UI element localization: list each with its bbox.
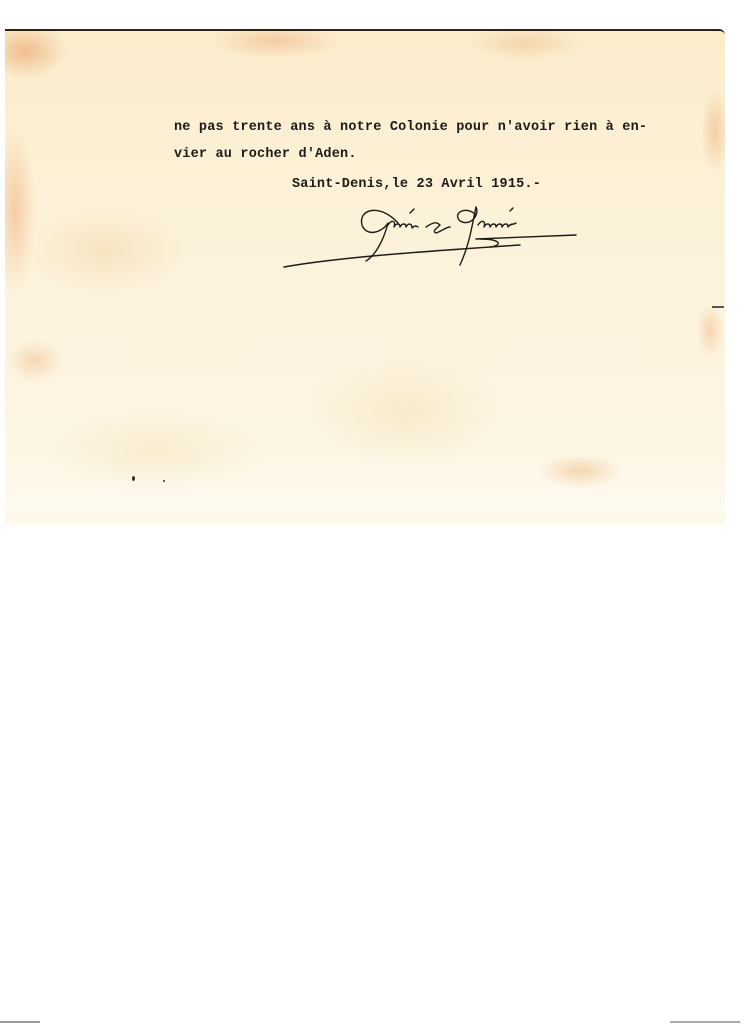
edge-mark bbox=[712, 306, 724, 308]
bottom-edge-mark bbox=[670, 1021, 740, 1023]
ink-speck bbox=[132, 476, 135, 481]
ink-speck bbox=[163, 480, 165, 482]
body-line-1: ne pas trente ans à notre Colonie pour n… bbox=[174, 120, 647, 135]
handwritten-signature bbox=[280, 195, 590, 270]
paper-sheet bbox=[5, 29, 725, 523]
bottom-edge-mark bbox=[0, 1021, 40, 1023]
body-line-2: vier au rocher d'Aden. bbox=[174, 147, 357, 162]
dateline: Saint-Denis,le 23 Avril 1915.- bbox=[292, 177, 541, 192]
